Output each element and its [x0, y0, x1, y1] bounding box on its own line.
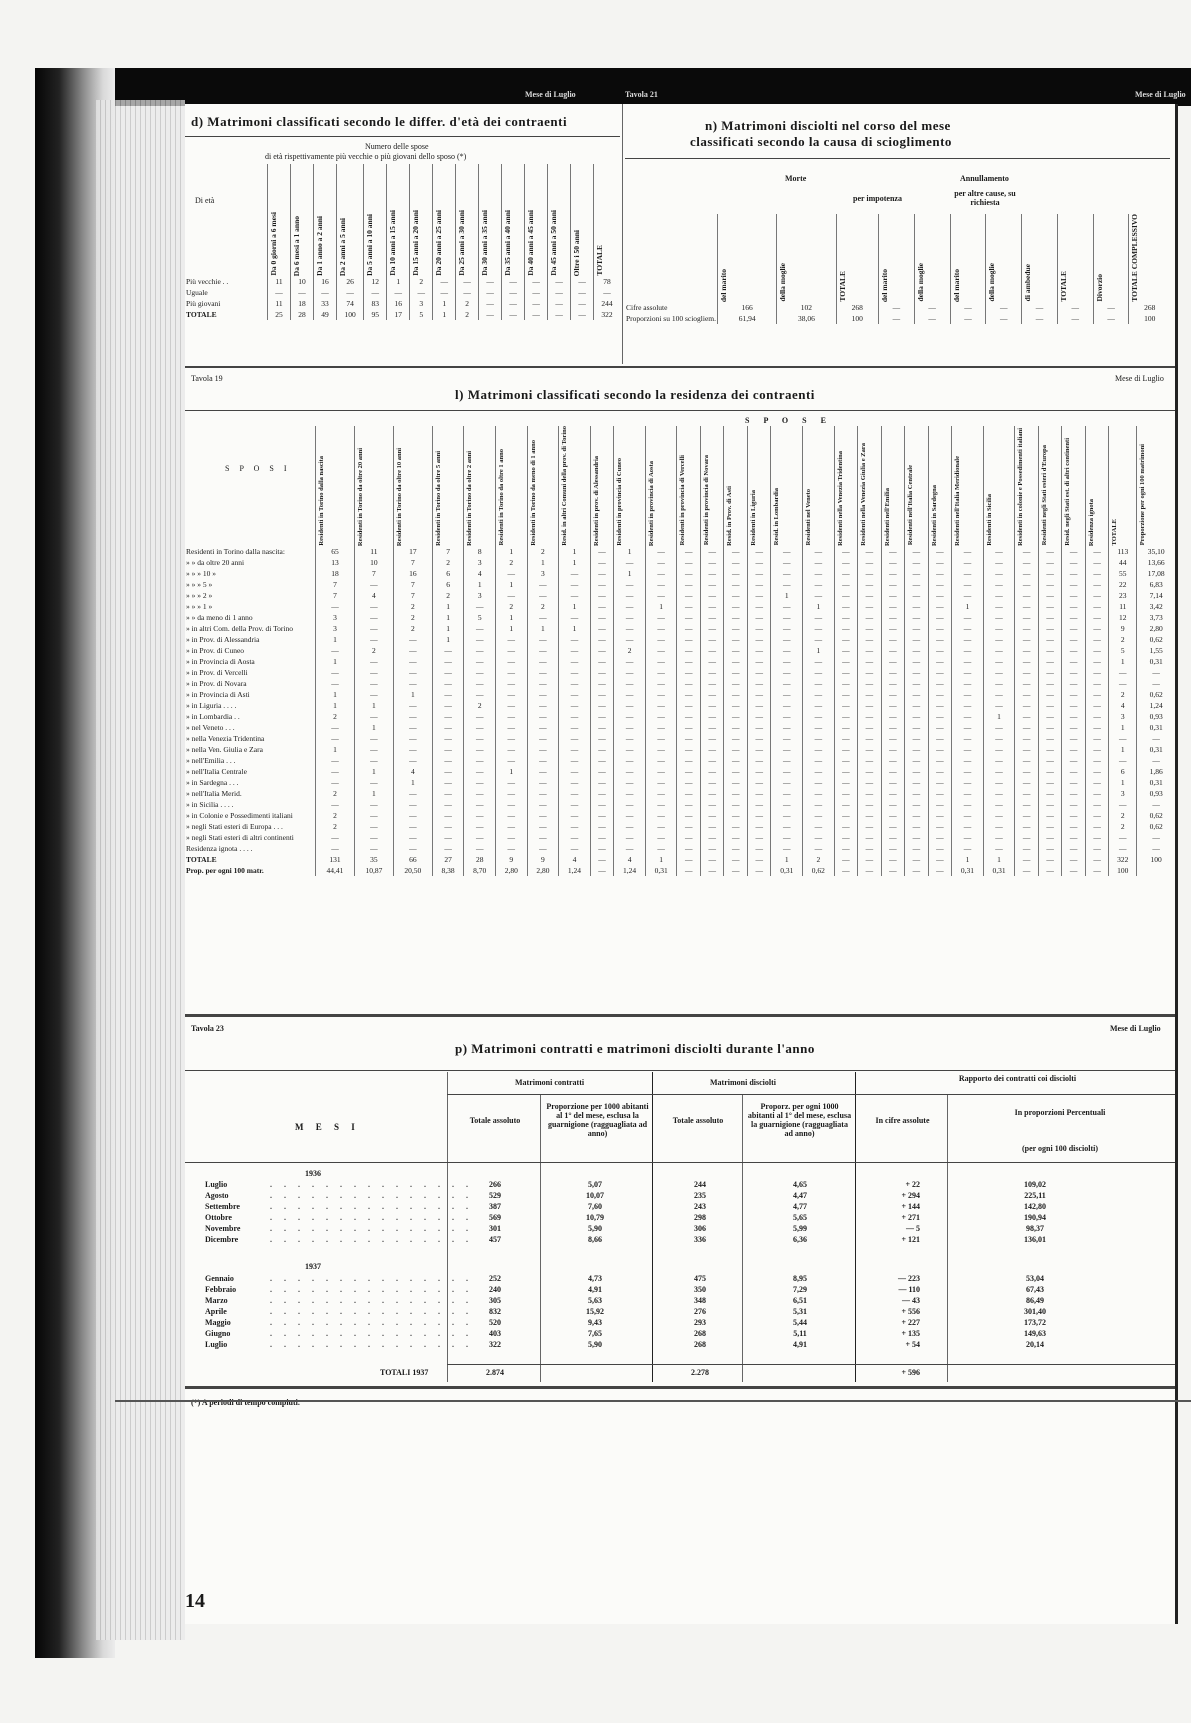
cell-value: — [559, 722, 591, 733]
cell-value: — [1085, 579, 1109, 590]
cell-value: — [928, 854, 952, 865]
cell-value: — [316, 678, 355, 689]
cell-value: — [858, 546, 882, 557]
contratti-value: 240 [475, 1285, 515, 1294]
cell-value: — [983, 645, 1015, 656]
cell-value: — [432, 810, 464, 821]
cell-value: — [983, 810, 1015, 821]
cell-value: — [1085, 810, 1109, 821]
cell-value: — [614, 634, 646, 645]
cell-value: — [700, 766, 724, 777]
contratti-value: 322 [475, 1340, 515, 1349]
cell-value: — [803, 711, 835, 722]
prop-disciolti-value: 4,47 [770, 1191, 830, 1200]
cell-value: — [834, 843, 858, 854]
cell-value: — [724, 689, 748, 700]
cell-value: — [677, 865, 701, 876]
cell-value: — [983, 689, 1015, 700]
col-header-label: Residenti in provincia di Novara [702, 455, 711, 545]
col-proporzioni: In proporzioni Percentuali [960, 1108, 1160, 1117]
cell-value: — [614, 788, 646, 799]
col-header-label: Residenti in Torino dalla nascita [317, 456, 326, 546]
cell-value: — [590, 667, 614, 678]
col-header: Residenti in colonie e Possedimenti ital… [1015, 426, 1039, 546]
col-header-label: Da 30 anni a 35 anni [480, 210, 489, 276]
cell-value: 1,24 [614, 865, 646, 876]
table-row: » in altri Com. della Prov. di Torino3—2… [185, 623, 1175, 634]
cell-value: 44 [1109, 557, 1137, 568]
cell-value: 0,62 [803, 865, 835, 876]
cell-value: — [881, 546, 905, 557]
col-header: Residenti in Torino da meno di 1 anno [527, 426, 559, 546]
perc-value: 86,49 [1005, 1296, 1065, 1305]
prop-contratti-value: 5,90 [565, 1224, 625, 1233]
cell-value: — [928, 755, 952, 766]
cell-value: — [590, 700, 614, 711]
cell-value: — [905, 678, 929, 689]
cell-value: — [905, 700, 929, 711]
cell-value: 78 [594, 276, 620, 287]
cell-value: 1 [771, 590, 803, 601]
cell-value: — [677, 832, 701, 843]
row-label: » nell'Emilia . . . [185, 755, 316, 766]
cell-value: — [432, 733, 464, 744]
cell-value: — [724, 546, 748, 557]
table-row: » nell'Italia Merid.21——————————————————… [185, 788, 1175, 799]
cell-value: — [881, 689, 905, 700]
cell-value: 166 [718, 302, 777, 313]
col-header: Da 1 anno a 2 anni [313, 164, 336, 276]
cell-value: — [928, 744, 952, 755]
cell-value: — [268, 287, 291, 298]
cell-value: — [928, 810, 952, 821]
prop-disciolti-value: 8,95 [770, 1274, 830, 1283]
cell-value: — [496, 788, 528, 799]
cell-value: — [700, 623, 724, 634]
cell-value: — [1038, 667, 1062, 678]
cell-value: — [803, 788, 835, 799]
table-l-tavola: Tavola 19 [191, 374, 223, 383]
col-totale-assoluto-2: Totale assoluto [663, 1116, 733, 1125]
cell-value: — [952, 557, 984, 568]
cell-value: — [747, 755, 771, 766]
col-header: Residenti in provincia di Novara [700, 426, 724, 546]
cell-value: — [432, 645, 464, 656]
cell-value: — [590, 579, 614, 590]
col-header-label: Da 45 anni a 50 anni [549, 210, 558, 276]
row-label: » in Prov. di Novara [185, 678, 316, 689]
cell-value: — [354, 777, 393, 788]
cell-value: — [771, 755, 803, 766]
cell-value: — [771, 810, 803, 821]
year-1936: 1936 [305, 1169, 321, 1178]
cell-value: — [614, 678, 646, 689]
cell-value: — [983, 744, 1015, 755]
cell-value: — [1015, 733, 1039, 744]
cell-value: — [1038, 590, 1062, 601]
cell-value: — [645, 590, 677, 601]
cell-value: — [464, 755, 496, 766]
cell-value: — [614, 700, 646, 711]
cell-value: — [747, 722, 771, 733]
cell-value: — [952, 667, 984, 678]
table-p-tavola: Tavola 23 [191, 1024, 224, 1033]
col-header: Resid. in altri Comuni della prov. di To… [559, 426, 591, 546]
row-label: » » da oltre 20 anni [185, 557, 316, 568]
cell-value: — [614, 711, 646, 722]
cell-value: — [571, 276, 594, 287]
cell-value: — [952, 821, 984, 832]
col-header: Residenti nell'Emilia [881, 426, 905, 546]
cell-value: — [559, 645, 591, 656]
cell-value: — [834, 788, 858, 799]
leader-dots: . . . . . . . . . . . . . . . [270, 1340, 473, 1349]
cell-value: — [724, 667, 748, 678]
cell-value: — [834, 557, 858, 568]
cell-value: — [881, 832, 905, 843]
cell-value: — [928, 799, 952, 810]
table-row: Marzo3055,633486,51— 4386,49. . . . . . … [185, 1296, 1175, 1307]
cell-value: — [803, 733, 835, 744]
cell-value: — [496, 799, 528, 810]
cell-value: — [393, 733, 432, 744]
col-header-label: Da 5 anni a 10 anni [365, 214, 374, 276]
table-l: Residenti in Torino dalla nascitaResiden… [185, 426, 1175, 876]
cell-value: — [1038, 678, 1062, 689]
cell-value: — [905, 634, 929, 645]
diff-value: — 110 [880, 1285, 920, 1294]
cell-value: — [1085, 744, 1109, 755]
cell-value: — [878, 302, 914, 313]
table-row: » in Prov. di Vercelli——————————————————… [185, 667, 1175, 678]
cell-value: — [1085, 766, 1109, 777]
cell-value: 3 [527, 568, 559, 579]
cell-value: — [677, 744, 701, 755]
col-header: della moglie [986, 214, 1022, 302]
cell-value: — [432, 799, 464, 810]
cell-value: — [952, 612, 984, 623]
cell-value: — [464, 733, 496, 744]
disciolti-value: 243 [680, 1202, 720, 1211]
cell-value: — [834, 766, 858, 777]
cell-value: — [527, 678, 559, 689]
col-header-label: Residenti nella Venezia Tridentina [836, 451, 845, 546]
cell-value: — [496, 711, 528, 722]
cell-value: 1 [354, 722, 393, 733]
cell-value: 22 [1109, 579, 1137, 590]
diff-value: + 144 [880, 1202, 920, 1211]
col-header-label: Residenti nell'Italia Centrale [906, 465, 915, 545]
prop-contratti-value: 7,60 [565, 1202, 625, 1211]
cell-value: — [834, 711, 858, 722]
cell-value: 11 [268, 298, 291, 309]
cell-value: — [393, 810, 432, 821]
cell-value: — [393, 667, 432, 678]
cell-value: — [1038, 755, 1062, 766]
cell-value: — [614, 612, 646, 623]
cell-value: — [858, 667, 882, 678]
col-header-label: di ambedue [1023, 264, 1032, 301]
cell-value: — [803, 634, 835, 645]
cell-value: — [724, 799, 748, 810]
prop-contratti-value: 15,92 [565, 1307, 625, 1316]
cell-value: — [905, 546, 929, 557]
cell-value: — [881, 755, 905, 766]
cell-value: — [527, 832, 559, 843]
prop-disciolti-value: 7,29 [770, 1285, 830, 1294]
cell-value: — [724, 843, 748, 854]
divider [622, 104, 623, 364]
cell-value: — [1062, 689, 1086, 700]
cell-value: — [724, 612, 748, 623]
col-header: Residenti in Torino da oltre 10 anni [393, 426, 432, 546]
cell-value: 4 [464, 568, 496, 579]
month-label: Agosto [205, 1191, 265, 1200]
cell-value: 7 [393, 579, 432, 590]
cell-value: 3 [410, 298, 433, 309]
col-header: Residenti in provincia di Cuneo [614, 426, 646, 546]
cell-value: — [724, 788, 748, 799]
cell-value: 13,66 [1137, 557, 1175, 568]
table-row: » in Prov. di Cuneo—2———————2——————1————… [185, 645, 1175, 656]
cell-value: 1 [496, 579, 528, 590]
cell-value: — [432, 656, 464, 667]
cell-value: 10,87 [354, 865, 393, 876]
cell-value: — [1062, 623, 1086, 634]
cell-value: — [502, 276, 525, 287]
cell-value: — [803, 821, 835, 832]
cell-value: — [559, 788, 591, 799]
divider [447, 1364, 1175, 1365]
cell-value: — [858, 612, 882, 623]
cell-value: — [1015, 656, 1039, 667]
cell-value: 17 [387, 309, 410, 320]
cell-value: — [983, 700, 1015, 711]
cell-value: — [858, 755, 882, 766]
cell-value: — [983, 821, 1015, 832]
cell-value: — [316, 667, 355, 678]
cell-value: — [952, 810, 984, 821]
cell-value: — [645, 634, 677, 645]
cell-value: — [834, 832, 858, 843]
col-header: Residenti nell'Italia Meridionale [952, 426, 984, 546]
cell-value: 2 [316, 821, 355, 832]
cell-value: 322 [1109, 854, 1137, 865]
cell-value: — [496, 689, 528, 700]
cell-value: 65 [316, 546, 355, 557]
table-row: » nell'Italia Centrale—14——1————————————… [185, 766, 1175, 777]
disciolti-value: 235 [680, 1191, 720, 1200]
disciolti-value: 306 [680, 1224, 720, 1233]
col-header-label: Residenti in Torino da oltre 10 anni [395, 448, 404, 546]
cell-value: 2,80 [1137, 623, 1175, 634]
leader-dots: . . . . . . . . . . . . . . . [270, 1307, 473, 1316]
cell-value: — [527, 722, 559, 733]
cell-value: — [527, 777, 559, 788]
cell-value: — [496, 777, 528, 788]
cell-value: — [527, 711, 559, 722]
cell-value: — [645, 623, 677, 634]
cell-value: — [559, 678, 591, 689]
cell-value: 2 [316, 810, 355, 821]
cell-value: — [645, 744, 677, 755]
cell-value: — [905, 645, 929, 656]
cell-value: 3 [316, 612, 355, 623]
cell-value: 0,62 [1137, 634, 1175, 645]
cell-value: — [803, 722, 835, 733]
cell-value: — [952, 689, 984, 700]
cell-value: — [928, 645, 952, 656]
cell-value: — [983, 568, 1015, 579]
cell-value: — [364, 287, 387, 298]
cell-value: 7,14 [1137, 590, 1175, 601]
cell-value: 2,80 [496, 865, 528, 876]
row-label: » in Prov. di Alessandria [185, 634, 316, 645]
cell-value: — [928, 766, 952, 777]
cell-value: 4 [354, 590, 393, 601]
cell-value: — [316, 777, 355, 788]
cell-value: — [496, 645, 528, 656]
cell-value: — [479, 276, 502, 287]
cell-value: — [354, 579, 393, 590]
cell-value: — [771, 546, 803, 557]
cell-value: — [858, 568, 882, 579]
cell-value: — [881, 788, 905, 799]
cell-value: — [1062, 612, 1086, 623]
cell-value: 27 [432, 854, 464, 865]
col-header-label: Da 35 anni a 40 anni [503, 210, 512, 276]
cell-value: — [858, 645, 882, 656]
cell-value: — [1085, 843, 1109, 854]
cell-value: — [677, 843, 701, 854]
cell-value: — [559, 689, 591, 700]
cell-value: — [803, 766, 835, 777]
table-l-title: l) Matrimoni classificati secondo la res… [455, 387, 815, 403]
cell-value: — [1038, 843, 1062, 854]
cell-value: — [834, 799, 858, 810]
cell-value: — [858, 799, 882, 810]
cell-value: — [905, 568, 929, 579]
cell-value: — [952, 623, 984, 634]
col-header: Da 6 mesi a 1 anno [290, 164, 313, 276]
cell-value: — [952, 733, 984, 744]
table-row: » negli Stati esteri di Europa . . .2———… [185, 821, 1175, 832]
cell-value: — [1137, 733, 1175, 744]
col-header-label: Resid. in Lombardia [772, 488, 781, 545]
cell-value: — [354, 667, 393, 678]
cell-value: — [1085, 656, 1109, 667]
row-label: Proporzioni su 100 sciogliem. [625, 313, 718, 324]
cell-value: 1 [432, 634, 464, 645]
cell-value: — [496, 832, 528, 843]
cell-value: — [771, 766, 803, 777]
table-row: » nella Ven. Giulia e Zara1—————————————… [185, 744, 1175, 755]
cell-value: 55 [1109, 568, 1137, 579]
cell-value: — [747, 656, 771, 667]
cell-value: — [881, 733, 905, 744]
cell-value: — [1085, 711, 1109, 722]
cell-value: 7 [354, 568, 393, 579]
divider [625, 158, 1170, 159]
cell-value: — [858, 678, 882, 689]
cell-value: — [700, 568, 724, 579]
cell-value: — [747, 843, 771, 854]
cell-value: — [1038, 579, 1062, 590]
cell-value: — [986, 313, 1022, 324]
cell-value: — [316, 799, 355, 810]
cell-value: 35 [354, 854, 393, 865]
table-p-group-disciolti: Matrimoni disciolti [710, 1078, 776, 1087]
month-label: Febbraio [205, 1285, 265, 1294]
cell-value: — [905, 722, 929, 733]
cell-value: — [614, 755, 646, 766]
contratti-value: 266 [475, 1180, 515, 1189]
cell-value: — [747, 579, 771, 590]
col-header: Divorzio [1093, 214, 1129, 302]
cell-value: — [614, 689, 646, 700]
cell-value: 10 [290, 276, 313, 287]
table-row: » in Liguria . . . .11——2———————————————… [185, 700, 1175, 711]
cell-value: — [905, 557, 929, 568]
cell-value: 1 [316, 689, 355, 700]
cell-value: — [928, 733, 952, 744]
cell-value: — [771, 645, 803, 656]
cell-value: — [464, 832, 496, 843]
cell-value: — [700, 865, 724, 876]
cell-value: 28 [290, 309, 313, 320]
table-row: » » » 2 »74723——————————1————————————237… [185, 590, 1175, 601]
cell-value: — [983, 733, 1015, 744]
cell-value: — [432, 700, 464, 711]
contratti-value: 832 [475, 1307, 515, 1316]
cell-value: — [456, 287, 479, 298]
row-label: » in Provincia di Aosta [185, 656, 316, 667]
cell-value: — [952, 634, 984, 645]
cell-value: — [771, 711, 803, 722]
prop-disciolti-value: 5,99 [770, 1224, 830, 1233]
prop-disciolti-value: 6,51 [770, 1296, 830, 1305]
cell-value: — [1085, 590, 1109, 601]
cell-value: — [677, 700, 701, 711]
cell-value: — [464, 601, 496, 612]
cell-value: — [724, 678, 748, 689]
cell-value: — [1038, 821, 1062, 832]
cell-value: — [952, 722, 984, 733]
cell-value: — [747, 623, 771, 634]
cell-value: — [645, 777, 677, 788]
table-row: Maggio5209,432935,44+ 227173,72. . . . .… [185, 1318, 1175, 1329]
cell-value: — [771, 656, 803, 667]
cell-value: — [677, 722, 701, 733]
cell-value: — [905, 854, 929, 865]
cell-value: — [1109, 799, 1137, 810]
cell-value: — [724, 579, 748, 590]
cell-value: — [858, 766, 882, 777]
cell-value: — [496, 656, 528, 667]
cell-value: — [928, 557, 952, 568]
cell-value: — [771, 557, 803, 568]
cell-value: — [834, 722, 858, 733]
cell-value: — [747, 689, 771, 700]
cell-value: 1 [559, 623, 591, 634]
cell-value: — [905, 623, 929, 634]
cell-value: — [905, 766, 929, 777]
col-header: Da 40 anni a 45 anni [525, 164, 548, 276]
table-l-mese: Mese di Luglio [1115, 374, 1164, 383]
cell-value: — [645, 645, 677, 656]
cell-value: — [1015, 744, 1039, 755]
cell-value: — [1015, 810, 1039, 821]
